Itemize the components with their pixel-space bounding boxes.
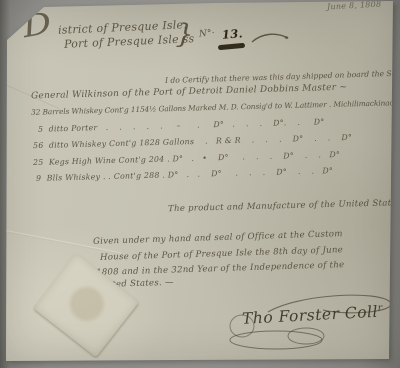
photo-background: June 8, 1808 D istrict of Presque Isle. …	[0, 0, 400, 368]
vessel-line: General Wilkinson of the Port of Detroit…	[31, 83, 347, 102]
cargo-row: 9 Blls Whiskey . . Cont'g 288 . D° . . D…	[36, 166, 333, 183]
certify-line: I do Certify that there was this day shi…	[165, 68, 400, 85]
cargo-row: 25 Kegs High Wine Cont'g 204 . D° . • D°…	[33, 150, 340, 167]
number-swash-icon	[250, 30, 292, 46]
header-brace: }	[175, 19, 194, 51]
given-line: Given under my hand and seal of Office a…	[93, 229, 343, 247]
date-annotation: June 8, 1808	[327, 0, 382, 11]
cargo-row: 5 ditto Porter . . . . . – . D° . . . D°…	[38, 117, 325, 133]
document-wrapper: June 8, 1808 D istrict of Presque Isle. …	[0, 0, 400, 368]
ink-smear-under-number	[218, 43, 245, 50]
cargo-row: 32 Barrels Whiskey Cont'g 1154½ Gallons …	[31, 98, 394, 116]
cargo-row: 56 ditto Whiskey Cont'g 1828 Gallons . R…	[33, 133, 352, 150]
given-line: House of the Port of Presque Isle the 8t…	[100, 245, 343, 263]
signature-suffix: r	[377, 302, 383, 313]
document-number-label: N°·	[199, 28, 216, 39]
district-initial: D	[20, 6, 55, 46]
product-line: The product and Manufacture of the Unite…	[168, 198, 400, 214]
given-line: 1808 and in the 32nd Year of the Indepen…	[96, 260, 345, 278]
document: June 8, 1808 D istrict of Presque Isle. …	[0, 0, 400, 368]
document-number-value: 13.	[222, 26, 244, 41]
